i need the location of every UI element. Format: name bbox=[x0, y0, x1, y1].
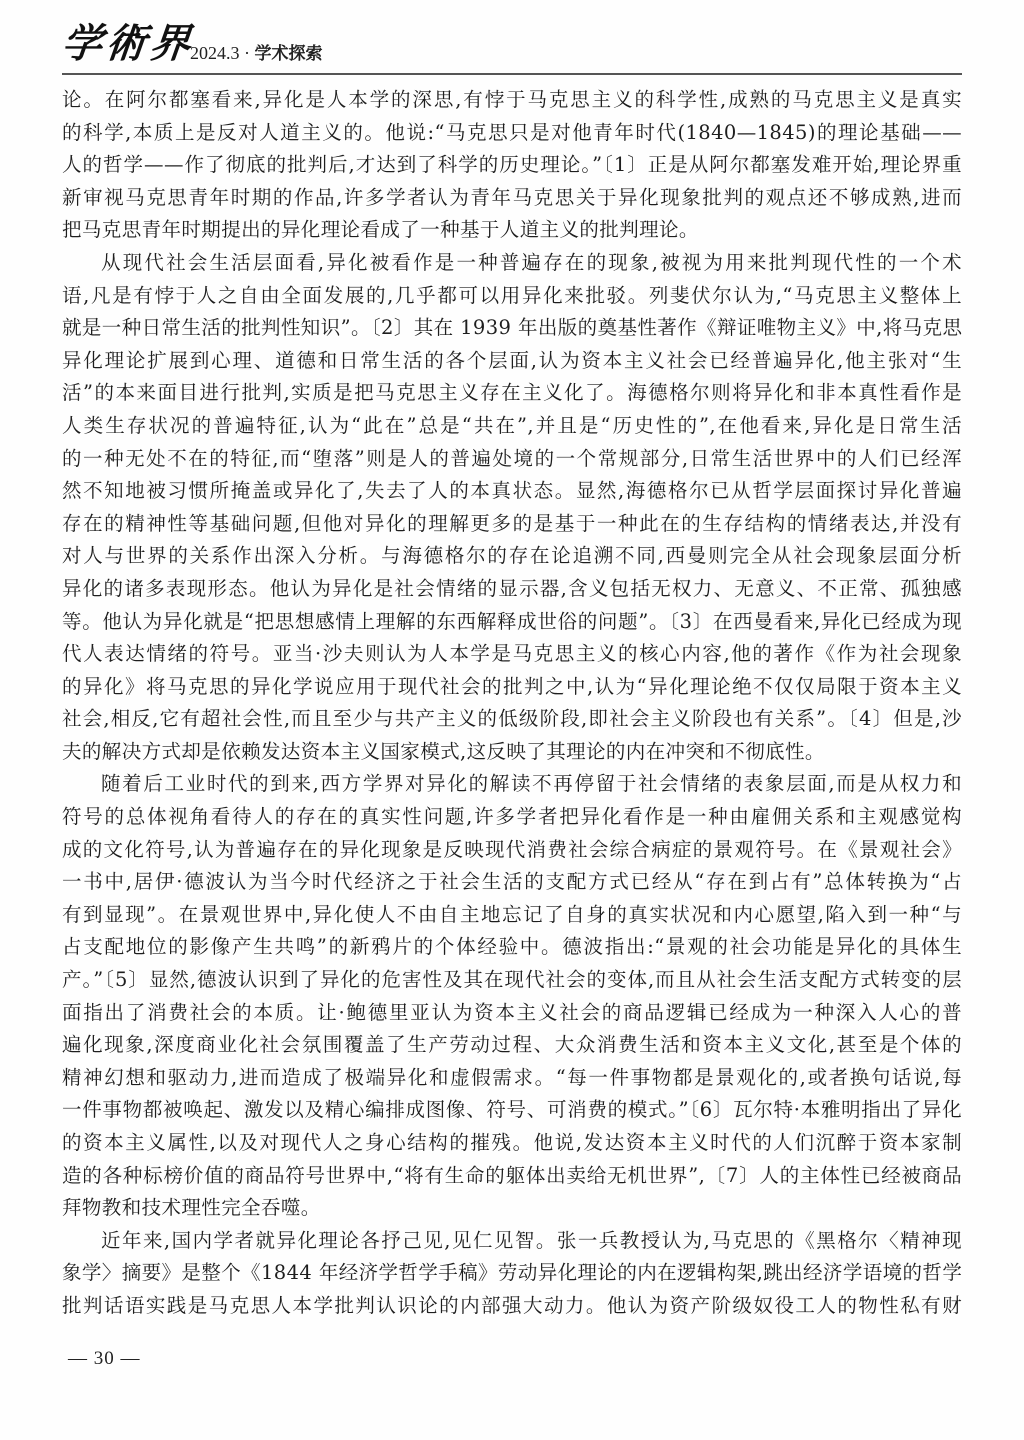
text-line: 等。他认为异化就是“把思想感情上理解的东西解释成世俗的问题”。〔3〕在西曼看来,… bbox=[62, 606, 962, 639]
text-line: 近年来,国内学者就异化理论各抒己见,见仁见智。张一兵教授认为,马克思的《黑格尔〈… bbox=[62, 1225, 962, 1258]
text-line: 符号的总体视角看待人的存在的真实性问题,许多学者把异化看作是一种由雇佣关系和主观… bbox=[62, 801, 962, 834]
text-line: 从现代社会生活层面看,异化被看作是一种普遍存在的现象,被视为用来批判现代性的一个… bbox=[62, 247, 962, 280]
text-line: 社会,相反,它有超社会性,而且至少与共产主义的低级阶段,即社会主义阶段也有关系”… bbox=[62, 703, 962, 736]
text-line: 随着后工业时代的到来,西方学界对异化的解读不再停留于社会情绪的表象层面,而是从权… bbox=[62, 768, 962, 801]
text-line: 的异化》将马克思的异化学说应用于现代社会的批判之中,认为“异化理论绝不仅仅局限于… bbox=[62, 671, 962, 704]
text-line: 面指出了消费社会的本质。让·鲍德里亚认为资本主义社会的商品逻辑已经成为一种深入人… bbox=[62, 997, 962, 1030]
text-line: 成的文化符号,认为普遍存在的异化现象是反映现代消费社会综合病症的景观符号。在《景… bbox=[62, 834, 962, 867]
text-line: 一件事物都被唤起、激发以及精心编排成图像、符号、可消费的模式。”〔6〕瓦尔特·本… bbox=[62, 1094, 962, 1127]
issue-info: 2024.3 · 学术探索 bbox=[190, 42, 323, 65]
text-line: 象学〉摘要》是整个《1844 年经济学哲学手稿》劳动异化理论的内在逻辑构架,跳出… bbox=[62, 1257, 962, 1290]
running-header: 学術界 2024.3 · 学术探索 bbox=[62, 16, 962, 74]
text-line: 新审视马克思青年时期的作品,许多学者认为青年马克思关于异化现象批判的观点还不够成… bbox=[62, 182, 962, 215]
text-line: 有到显现”。在景观世界中,异化使人不由自主地忘记了自身的真实状况和内心愿望,陷入… bbox=[62, 899, 962, 932]
text-line: 存在的精神性等基础问题,但他对异化的理解更多的是基于一种此在的生存结构的情绪表达… bbox=[62, 508, 962, 541]
text-line: 一书中,居伊·德波认为当今时代经济之于社会生活的支配方式已经从“存在到占有”总体… bbox=[62, 866, 962, 899]
text-line: 对人与世界的关系作出深入分析。与海德格尔的存在论追溯不同,西曼则完全从社会现象层… bbox=[62, 540, 962, 573]
text-line: 人的哲学——作了彻底的批判后,才达到了科学的历史理论。”〔1〕正是从阿尔都塞发难… bbox=[62, 149, 962, 182]
text-line: 产。”〔5〕显然,德波认识到了异化的危害性及其在现代社会的变体,而且从社会生活支… bbox=[62, 964, 962, 997]
text-line: 论。在阿尔都塞看来,异化是人本学的深思,有悖于马克思主义的科学性,成熟的马克思主… bbox=[62, 84, 962, 117]
text-line: 遍化现象,深度商业化社会氛围覆盖了生产劳动过程、大众消费生活和资本主义文化,甚至… bbox=[62, 1029, 962, 1062]
text-line: 批判话语实践是马克思人本学批判认识论的内部强大动力。他认为资产阶级奴役工人的物性… bbox=[62, 1290, 962, 1323]
section-title: 学术探索 bbox=[255, 44, 323, 64]
text-line: 夫的解决方式却是依赖发达资本主义国家模式,这反映了其理论的内在冲突和不彻底性。 bbox=[62, 736, 962, 769]
text-line: 拜物教和技术理性完全吞噬。 bbox=[62, 1192, 962, 1225]
text-line: 异化理论扩展到心理、道德和日常生活的各个层面,认为资本主义社会已经普遍异化,他主… bbox=[62, 345, 962, 378]
text-line: 活”的本来面目进行批判,实质是把马克思主义存在主义化了。海德格尔则将异化和非本真… bbox=[62, 377, 962, 410]
text-line: 的资本主义属性,以及对现代人之身心结构的摧残。他说,发达资本主义时代的人们沉醉于… bbox=[62, 1127, 962, 1160]
text-line: 把马克思青年时期提出的异化理论看成了一种基于人道主义的批判理论。 bbox=[62, 214, 962, 247]
article-body: 论。在阿尔都塞看来,异化是人本学的深思,有悖于马克思主义的科学性,成熟的马克思主… bbox=[62, 84, 962, 1323]
text-line: 精神幻想和驱动力,进而造成了极端异化和虚假需求。“每一件事物都是景观化的,或者换… bbox=[62, 1062, 962, 1095]
journal-logo: 学術界 bbox=[59, 20, 196, 68]
text-line: 异化的诸多表现形态。他认为异化是社会情绪的显示器,含义包括无权力、无意义、不正常… bbox=[62, 573, 962, 606]
page-number: — 30 — bbox=[68, 1348, 141, 1370]
text-line: 语,凡是有悖于人之自由全面发展的,几乎都可以用异化来批驳。列斐伏尔认为,“马克思… bbox=[62, 280, 962, 313]
text-line: 就是一种日常生活的批判性知识”。〔2〕其在 1939 年出版的奠基性著作《辩证唯… bbox=[62, 312, 962, 345]
text-line: 的科学,本质上是反对人道主义的。他说:“马克思只是对他青年时代(1840—184… bbox=[62, 117, 962, 150]
text-line: 造的各种标榜价值的商品符号世界中,“将有生命的躯体出卖给无机世界”,〔7〕人的主… bbox=[62, 1160, 962, 1193]
issue-separator: · bbox=[244, 43, 250, 63]
text-line: 占支配地位的影像产生共鸣”的新鸦片的个体经验中。德波指出:“景观的社会功能是异化… bbox=[62, 931, 962, 964]
header-rule bbox=[62, 73, 962, 75]
text-line: 人类生存状况的普遍特征,认为“此在”总是“共在”,并且是“历史性的”,在他看来,… bbox=[62, 410, 962, 443]
text-line: 的一种无处不在的特征,而“堕落”则是人的普遍处境的一个常规部分,日常生活世界中的… bbox=[62, 443, 962, 476]
text-line: 然不知地被习惯所掩盖或异化了,失去了人的本真状态。显然,海德格尔已从哲学层面探讨… bbox=[62, 475, 962, 508]
text-line: 代人表达情绪的符号。亚当·沙夫则认为人本学是马克思主义的核心内容,他的著作《作为… bbox=[62, 638, 962, 671]
issue-number: 2024.3 bbox=[190, 43, 240, 63]
journal-page: 学術界 2024.3 · 学术探索 论。在阿尔都塞看来,异化是人本学的深思,有悖… bbox=[0, 0, 1024, 1440]
